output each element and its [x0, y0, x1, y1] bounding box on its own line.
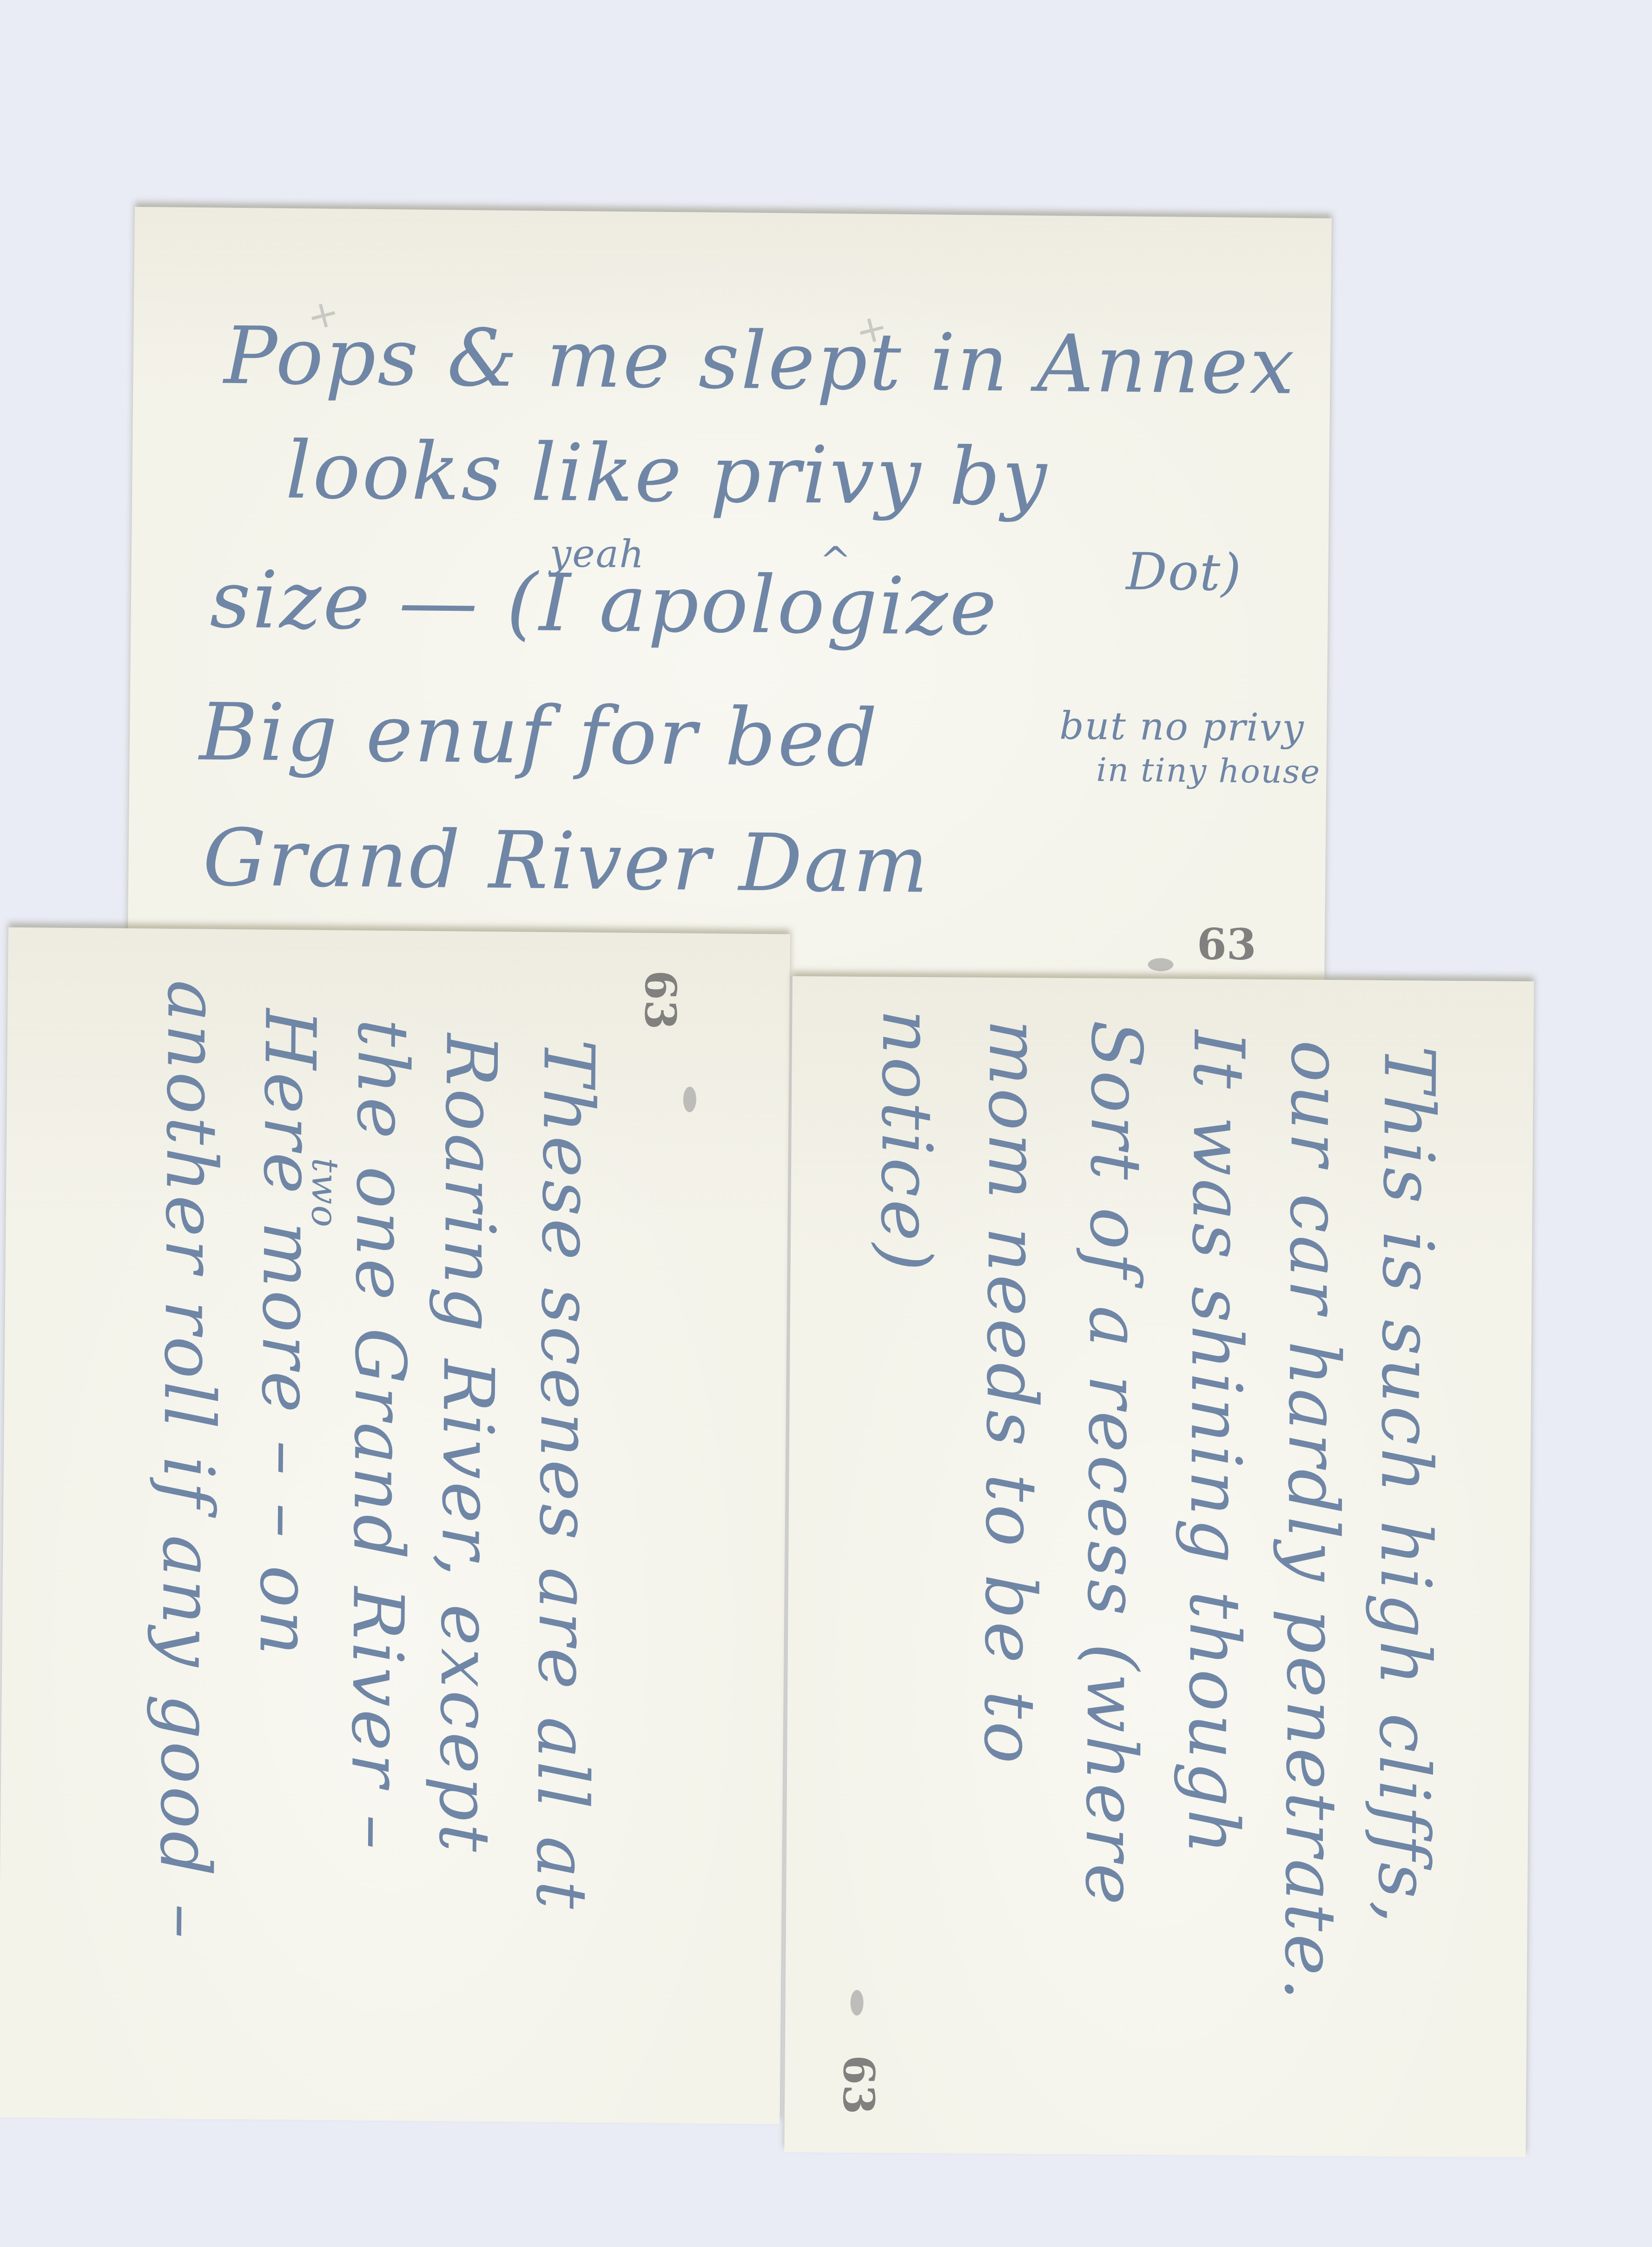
insertion-dot: Dot) [1126, 542, 1242, 602]
handwritten-line-4: Big enuf for bed [199, 686, 879, 785]
stamp-number: 63 [833, 2055, 884, 2115]
ink-smudge [850, 1990, 863, 2016]
photo-back-top: ✕ ✕ Pops & me slept in Annex looks like … [127, 207, 1332, 981]
handwritten-line-4: Here more – – on [244, 1009, 330, 1659]
handwritten-line-3: It was shining though [1172, 1030, 1259, 1857]
insertion-in-tiny-house: in tiny house [1096, 751, 1321, 791]
handwritten-line-5: another roll if any good – [144, 980, 233, 1942]
photo-back-right: This is such high cliffs, our car hardly… [784, 976, 1534, 2157]
handwritten-line-2: Roaring River, except [423, 1033, 511, 1855]
insertion-but-no-privy: but no privy [1059, 704, 1305, 750]
handwritten-line-2: looks like privy by [285, 424, 1049, 524]
handwritten-line-1: This is such high cliffs, [1362, 1045, 1449, 1927]
handwritten-line-4: Sort of a recess (where [1070, 1020, 1156, 1908]
ink-smudge [683, 1087, 696, 1112]
handwritten-line-3: the one Grand River – [335, 1018, 423, 1852]
handwritten-line-5: mom needs to be to [968, 1019, 1054, 1767]
stamp-number: 63 [1196, 919, 1256, 970]
handwritten-line-3: size — (I apologize [210, 554, 999, 654]
photo-back-left: 63 These scenes are all at Roaring River… [0, 927, 790, 2124]
ink-smudge [1148, 958, 1173, 971]
stamp-number: 63 [635, 970, 686, 1030]
handwritten-line-1: These scenes are all at [521, 1039, 609, 1912]
handwritten-line-5: Grand River Dam [203, 812, 931, 911]
handwritten-line-6: notice) [865, 1009, 948, 1274]
handwritten-line-1: Pops & me slept in Annex [224, 310, 1296, 412]
handwritten-line-2: our car hardly penetrate. [1269, 1040, 1356, 2003]
